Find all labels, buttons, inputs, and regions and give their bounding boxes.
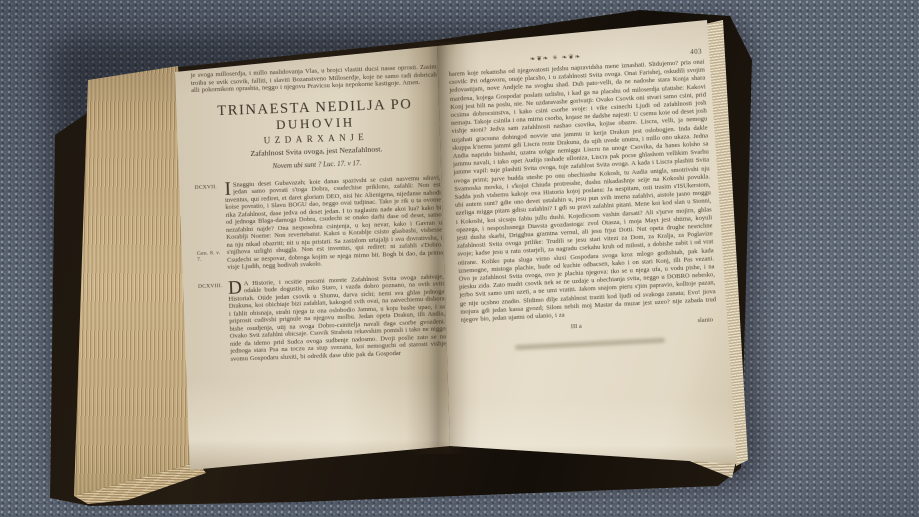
margin-note-genesis: Gen. 8. v. 7. [197,250,224,264]
sermon-argument: Zafahlnost Svita ovoga, jest Nezafahlnos… [193,142,439,161]
right-page-content: ❧❦❧ ✳ ❧❦❧ 403 harem koje rekamsha od nje… [448,47,718,352]
right-page: ❧❦❧ ✳ ❧❦❧ 403 harem koje rekamsha od nje… [435,16,740,468]
scripture-citation: Novem ubi sunt ? Luc. 17. v 17. [194,156,440,174]
margin-note-dcxviii: DCXVIII. [198,283,225,290]
gathering-signature: III a [571,323,582,331]
header-ornament-icon: ❧❦❧ ✳ ❧❦❧ [530,52,582,62]
sermon-title-line1: TRINAESTA NEDILJA PO [192,95,438,120]
previous-sermon-ending: je svoga milloserdja, i millo naslidovan… [191,63,438,94]
gutter-shadow [406,42,468,454]
sermon-subtitle: UZDARXANJE [193,128,439,150]
margin-note-dcxvii: DCXVII. [194,184,221,191]
ink-bleed-through-line [515,338,665,350]
dropcap-i: I [224,181,233,196]
right-page-body-text: harem koje rekamsha od njegovatosti jeds… [449,58,717,324]
dropcap-d: D [228,280,244,296]
photo-of-open-book: 402 ❧❦❧ ✳ ❧❦❧ je svoga milloserdja, i mi… [0,0,919,517]
catchword: slanio [697,317,713,325]
right-page-number: 403 [690,48,702,57]
sermon-heading: TRINAESTA NEDILJA PO DUHOVIH UZDARXANJE … [192,95,440,174]
sermon-title-line2: DUHOVIH [192,111,438,135]
